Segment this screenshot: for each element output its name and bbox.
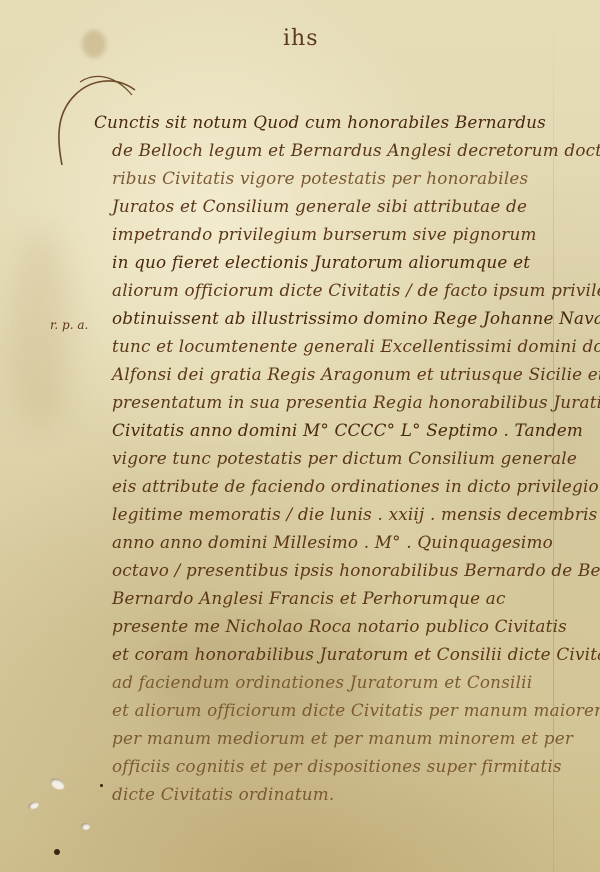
text-line: vigore tunc potestatis per dictum Consil…: [94, 444, 584, 472]
text-line: legitime memoratis / die lunis . xxiij .…: [94, 500, 584, 528]
text-line: Civitatis anno domini M° CCCC° L° Septim…: [94, 416, 584, 444]
text-line: ad faciendum ordinationes Juratorum et C…: [94, 668, 584, 696]
text-line: impetrando privilegium burserum sive pig…: [94, 220, 584, 248]
heading-monogram: ihs: [283, 26, 319, 51]
manuscript-text: Cunctis sit notum Quod cum honorabiles B…: [94, 108, 584, 808]
ink-stain: [82, 30, 106, 58]
text-line: Alfonsi dei gratia Regis Aragonum et utr…: [94, 360, 584, 388]
worm-hole: [81, 823, 90, 830]
ink-speck: [54, 849, 60, 855]
text-line: Cunctis sit notum Quod cum honorabiles B…: [94, 108, 584, 136]
text-line: Juratos et Consilium generale sibi attri…: [94, 192, 584, 220]
text-line: et coram honorabilibus Juratorum et Cons…: [94, 640, 584, 668]
text-line: ribus Civitatis vigore potestatis per ho…: [94, 164, 584, 192]
text-line: presente me Nicholao Roca notario public…: [94, 612, 584, 640]
text-line: eis attribute de faciendo ordinationes i…: [94, 472, 584, 500]
text-line: obtinuissent ab illustrissimo domino Reg…: [94, 304, 584, 332]
manuscript-page: ihs r. p. a. Cunctis sit notum Quod cum …: [0, 0, 600, 872]
text-line: de Belloch legum et Bernardus Anglesi de…: [94, 136, 584, 164]
text-line: et aliorum officiorum dicte Civitatis pe…: [94, 696, 584, 724]
text-line: aliorum officiorum dicte Civitatis / de …: [94, 276, 584, 304]
text-line: tunc et locumtenente generali Excellenti…: [94, 332, 584, 360]
text-line: dicte Civitatis ordinatum.: [94, 780, 584, 808]
text-line: Bernardo Anglesi Francis et Perhorumque …: [94, 584, 584, 612]
worm-hole: [27, 800, 40, 810]
text-line: per manum mediorum et per manum minorem …: [94, 724, 584, 752]
margin-note: r. p. a.: [50, 318, 88, 332]
worm-hole: [49, 776, 67, 791]
text-line: in quo fieret electionis Juratorum alior…: [94, 248, 584, 276]
text-line: octavo / presentibus ipsis honorabilibus…: [94, 556, 584, 584]
text-line: anno anno domini Millesimo . M° . Quinqu…: [94, 528, 584, 556]
text-line: officiis cognitis et per dispositiones s…: [94, 752, 584, 780]
text-line: presentatum in sua presentia Regia honor…: [94, 388, 584, 416]
